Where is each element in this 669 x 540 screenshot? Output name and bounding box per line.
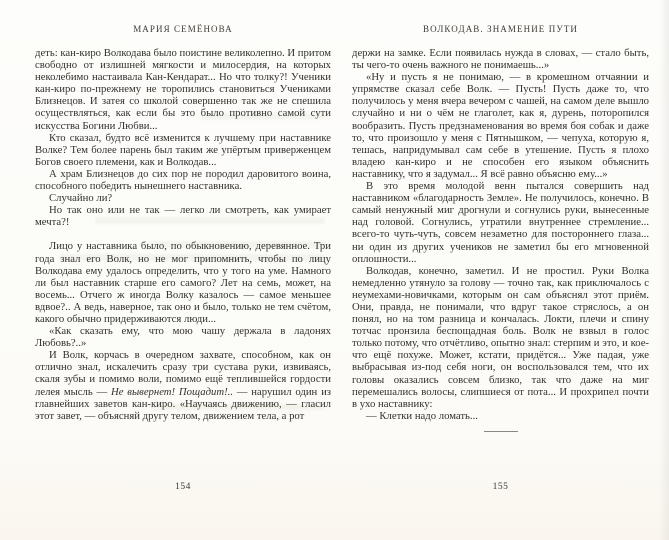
- page-number-left: 154: [35, 482, 331, 492]
- right-page-body-text: держи на замке. Если появилась нужда в с…: [352, 47, 649, 422]
- paragraph: держи на замке. Если появилась нужда в с…: [352, 47, 649, 71]
- paragraph: «Ну и пусть я не понимаю, — в кромешном …: [352, 71, 649, 180]
- running-header-title: ВОЛКОДАВ. ЗНАМЕНИЕ ПУТИ: [352, 24, 649, 34]
- paragraph: деть: кан-киро Волкодава было поистине в…: [35, 47, 331, 132]
- running-header-author: МАРИЯ СЕМЁНОВА: [35, 24, 331, 34]
- paragraph: Лицо у наставника было, по обыкновению, …: [35, 240, 331, 325]
- page-number-right: 155: [352, 482, 649, 492]
- right-page: ВОЛКОДАВ. ЗНАМЕНИЕ ПУТИ держи на замке. …: [352, 18, 649, 518]
- paragraph: Волкодав, конечно, заметил. И не простил…: [352, 265, 649, 410]
- paragraph: — Клетки надо ломать...: [352, 410, 649, 422]
- book-spread-scan: { "colors": { "paper": "#fcfbf7", "ink":…: [0, 0, 669, 540]
- paragraph: Но так оно или не так — легко ли смотрет…: [35, 204, 331, 228]
- paragraph: Случайно ли?: [35, 192, 331, 204]
- paragraph: А храм Близнецов до сих пор не породил д…: [35, 168, 331, 192]
- left-page-body-text: деть: кан-киро Волкодава было поистине в…: [35, 47, 331, 422]
- paragraph: В это время молодой венн пытался соверши…: [352, 180, 649, 265]
- paragraph: Кто сказал, будто всё изменится к лучшем…: [35, 132, 331, 168]
- left-page: МАРИЯ СЕМЁНОВА деть: кан-киро Волкодава …: [35, 18, 331, 518]
- paragraph: И Волк, корчась в очередном захвате, спо…: [35, 349, 331, 422]
- paragraph: «Как сказать ему, что мою чашу держала в…: [35, 325, 331, 349]
- section-divider: [484, 431, 518, 432]
